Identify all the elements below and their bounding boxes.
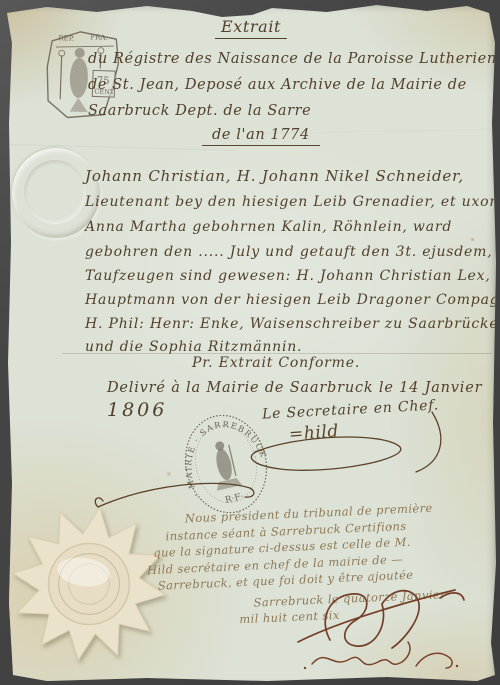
allegorical-figure-icon	[69, 58, 88, 99]
document-title: Extrait	[215, 17, 287, 39]
document-page: REP. FRA. 75 CENT Extrait du Régistre de…	[7, 3, 497, 682]
oval-stamp-initials: R·F·	[224, 492, 245, 506]
year-line: de l'an 1774	[202, 127, 320, 146]
secretary-signature: =hild	[288, 421, 339, 444]
secretary-title: Le Secretaire en Chef.	[262, 397, 440, 422]
header-line: Saarbruck Dept. de la Sarre	[88, 103, 311, 119]
body-line: gebohren den ..... July und getauft den …	[85, 244, 500, 260]
faint-rule	[62, 353, 492, 354]
body-line: Taufzeugen sind gewesen: H. Johann Chris…	[85, 268, 491, 284]
body-line: H. Phil: Henr: Enke, Waisenschreiber zu …	[85, 316, 500, 332]
body-line: Johann Christian, H. Johann Nikel Schnei…	[85, 167, 464, 185]
conforme-line: Pr. Extrait Conforme.	[192, 355, 360, 371]
tribunal-certification: Nous président du tribunal de première i…	[140, 498, 485, 632]
body-line: Hauptmann von der hiesigen Leib Dragoner…	[85, 292, 500, 308]
body-line: Lieutenant bey den hiesigen Leib Grenadi…	[85, 194, 500, 210]
body-line: Anna Martha gebohrnen Kalin, Röhnlein, w…	[85, 219, 452, 235]
delivery-year: 1806	[107, 399, 167, 421]
stamp-figure-icon	[214, 447, 235, 481]
embossed-blind-seal-inner	[24, 160, 86, 224]
header-line: de St. Jean, Deposé aux Archive de la Ma…	[88, 77, 467, 93]
revenue-stamp-text-left: REP.	[58, 34, 74, 43]
revenue-stamp-text-right: FRA.	[90, 33, 108, 42]
fox-spot	[471, 238, 474, 241]
header-line: du Régistre des Naissance de la Paroisse…	[88, 51, 500, 67]
fox-spot	[167, 472, 171, 476]
second-signature	[304, 642, 458, 669]
delivery-line: Delivré à la Mairie de Saarbruck le 14 J…	[107, 380, 482, 396]
